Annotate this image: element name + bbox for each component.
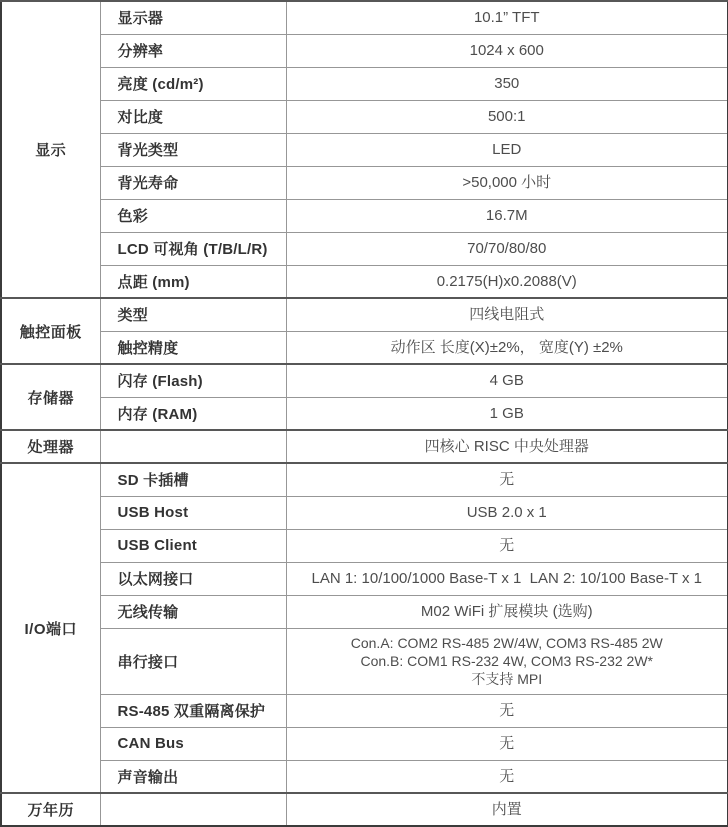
spec-row: USB Client 无	[1, 529, 728, 562]
spec-label: 分辨率	[100, 34, 286, 67]
spec-label: 色彩	[100, 199, 286, 232]
spec-label: RS-485 双重隔离保护	[100, 694, 286, 727]
spec-label: USB Host	[100, 496, 286, 529]
spec-row: 触控面板 类型 四线电阻式	[1, 298, 728, 331]
spec-row: 对比度 500:1	[1, 100, 728, 133]
spec-value: 无	[286, 760, 728, 793]
spec-label: 闪存 (Flash)	[100, 364, 286, 397]
spec-label: 背光类型	[100, 133, 286, 166]
spec-value: 四线电阻式	[286, 298, 728, 331]
category-cell-processor: 处理器	[1, 430, 100, 463]
spec-label: 背光寿命	[100, 166, 286, 199]
spec-row: 点距 (mm) 0.2175(H)x0.2088(V)	[1, 265, 728, 298]
spec-label: 触控精度	[100, 331, 286, 364]
spec-value: 350	[286, 67, 728, 100]
spec-label: LCD 可视角 (T/B/L/R)	[100, 232, 286, 265]
spec-value: 10.1” TFT	[286, 1, 728, 34]
spec-label: 亮度 (cd/m²)	[100, 67, 286, 100]
spec-table: 显示 显示器 10.1” TFT 分辨率 1024 x 600 亮度 (cd/m…	[0, 0, 728, 827]
spec-row: 亮度 (cd/m²) 350	[1, 67, 728, 100]
spec-label: 点距 (mm)	[100, 265, 286, 298]
spec-value: USB 2.0 x 1	[286, 496, 728, 529]
spec-value: 无	[286, 529, 728, 562]
category-cell-memory: 存储器	[1, 364, 100, 430]
category-cell-io-ports: I/O端口	[1, 463, 100, 793]
spec-value: 4 GB	[286, 364, 728, 397]
spec-label: 以太网接口	[100, 562, 286, 595]
spec-value: 无	[286, 727, 728, 760]
category-cell-calendar: 万年历	[1, 793, 100, 826]
spec-value: 500:1	[286, 100, 728, 133]
spec-row: 分辨率 1024 x 600	[1, 34, 728, 67]
spec-label	[100, 793, 286, 826]
category-cell-touch-panel: 触控面板	[1, 298, 100, 364]
spec-value: 动作区 长度(X)±2%， 宽度(Y) ±2%	[286, 331, 728, 364]
spec-label: SD 卡插槽	[100, 463, 286, 496]
spec-row: 背光寿命 >50,000 小时	[1, 166, 728, 199]
spec-row: 声音输出 无	[1, 760, 728, 793]
spec-row: CAN Bus 无	[1, 727, 728, 760]
spec-row: 触控精度 动作区 长度(X)±2%， 宽度(Y) ±2%	[1, 331, 728, 364]
spec-row: USB Host USB 2.0 x 1	[1, 496, 728, 529]
spec-row: 处理器 四核心 RISC 中央处理器	[1, 430, 728, 463]
spec-value: 16.7M	[286, 199, 728, 232]
spec-value: M02 WiFi 扩展模块 (选购)	[286, 595, 728, 628]
spec-label: 显示器	[100, 1, 286, 34]
spec-label: 声音输出	[100, 760, 286, 793]
spec-value: Con.A: COM2 RS-485 2W/4W, COM3 RS-485 2W…	[286, 628, 728, 694]
spec-row: 存储器 闪存 (Flash) 4 GB	[1, 364, 728, 397]
spec-row: 万年历 内置	[1, 793, 728, 826]
spec-value: 内置	[286, 793, 728, 826]
spec-value: LAN 1: 10/100/1000 Base-T x 1 LAN 2: 10/…	[286, 562, 728, 595]
spec-value: LED	[286, 133, 728, 166]
spec-row: 内存 (RAM) 1 GB	[1, 397, 728, 430]
spec-value: 70/70/80/80	[286, 232, 728, 265]
spec-label: 串行接口	[100, 628, 286, 694]
category-cell-display: 显示	[1, 1, 100, 298]
spec-value: >50,000 小时	[286, 166, 728, 199]
spec-label: USB Client	[100, 529, 286, 562]
spec-label: CAN Bus	[100, 727, 286, 760]
spec-label: 无线传输	[100, 595, 286, 628]
spec-value: 1024 x 600	[286, 34, 728, 67]
spec-row: RS-485 双重隔离保护 无	[1, 694, 728, 727]
spec-label	[100, 430, 286, 463]
spec-label: 内存 (RAM)	[100, 397, 286, 430]
spec-value: 四核心 RISC 中央处理器	[286, 430, 728, 463]
spec-row: 串行接口 Con.A: COM2 RS-485 2W/4W, COM3 RS-4…	[1, 628, 728, 694]
spec-value: 无	[286, 463, 728, 496]
spec-row: 色彩 16.7M	[1, 199, 728, 232]
spec-value: 0.2175(H)x0.2088(V)	[286, 265, 728, 298]
spec-row: 背光类型 LED	[1, 133, 728, 166]
spec-label: 对比度	[100, 100, 286, 133]
spec-row: 无线传输 M02 WiFi 扩展模块 (选购)	[1, 595, 728, 628]
spec-value: 无	[286, 694, 728, 727]
spec-row: LCD 可视角 (T/B/L/R) 70/70/80/80	[1, 232, 728, 265]
spec-row: I/O端口 SD 卡插槽 无	[1, 463, 728, 496]
spec-label: 类型	[100, 298, 286, 331]
spec-value: 1 GB	[286, 397, 728, 430]
spec-row: 显示 显示器 10.1” TFT	[1, 1, 728, 34]
spec-row: 以太网接口 LAN 1: 10/100/1000 Base-T x 1 LAN …	[1, 562, 728, 595]
